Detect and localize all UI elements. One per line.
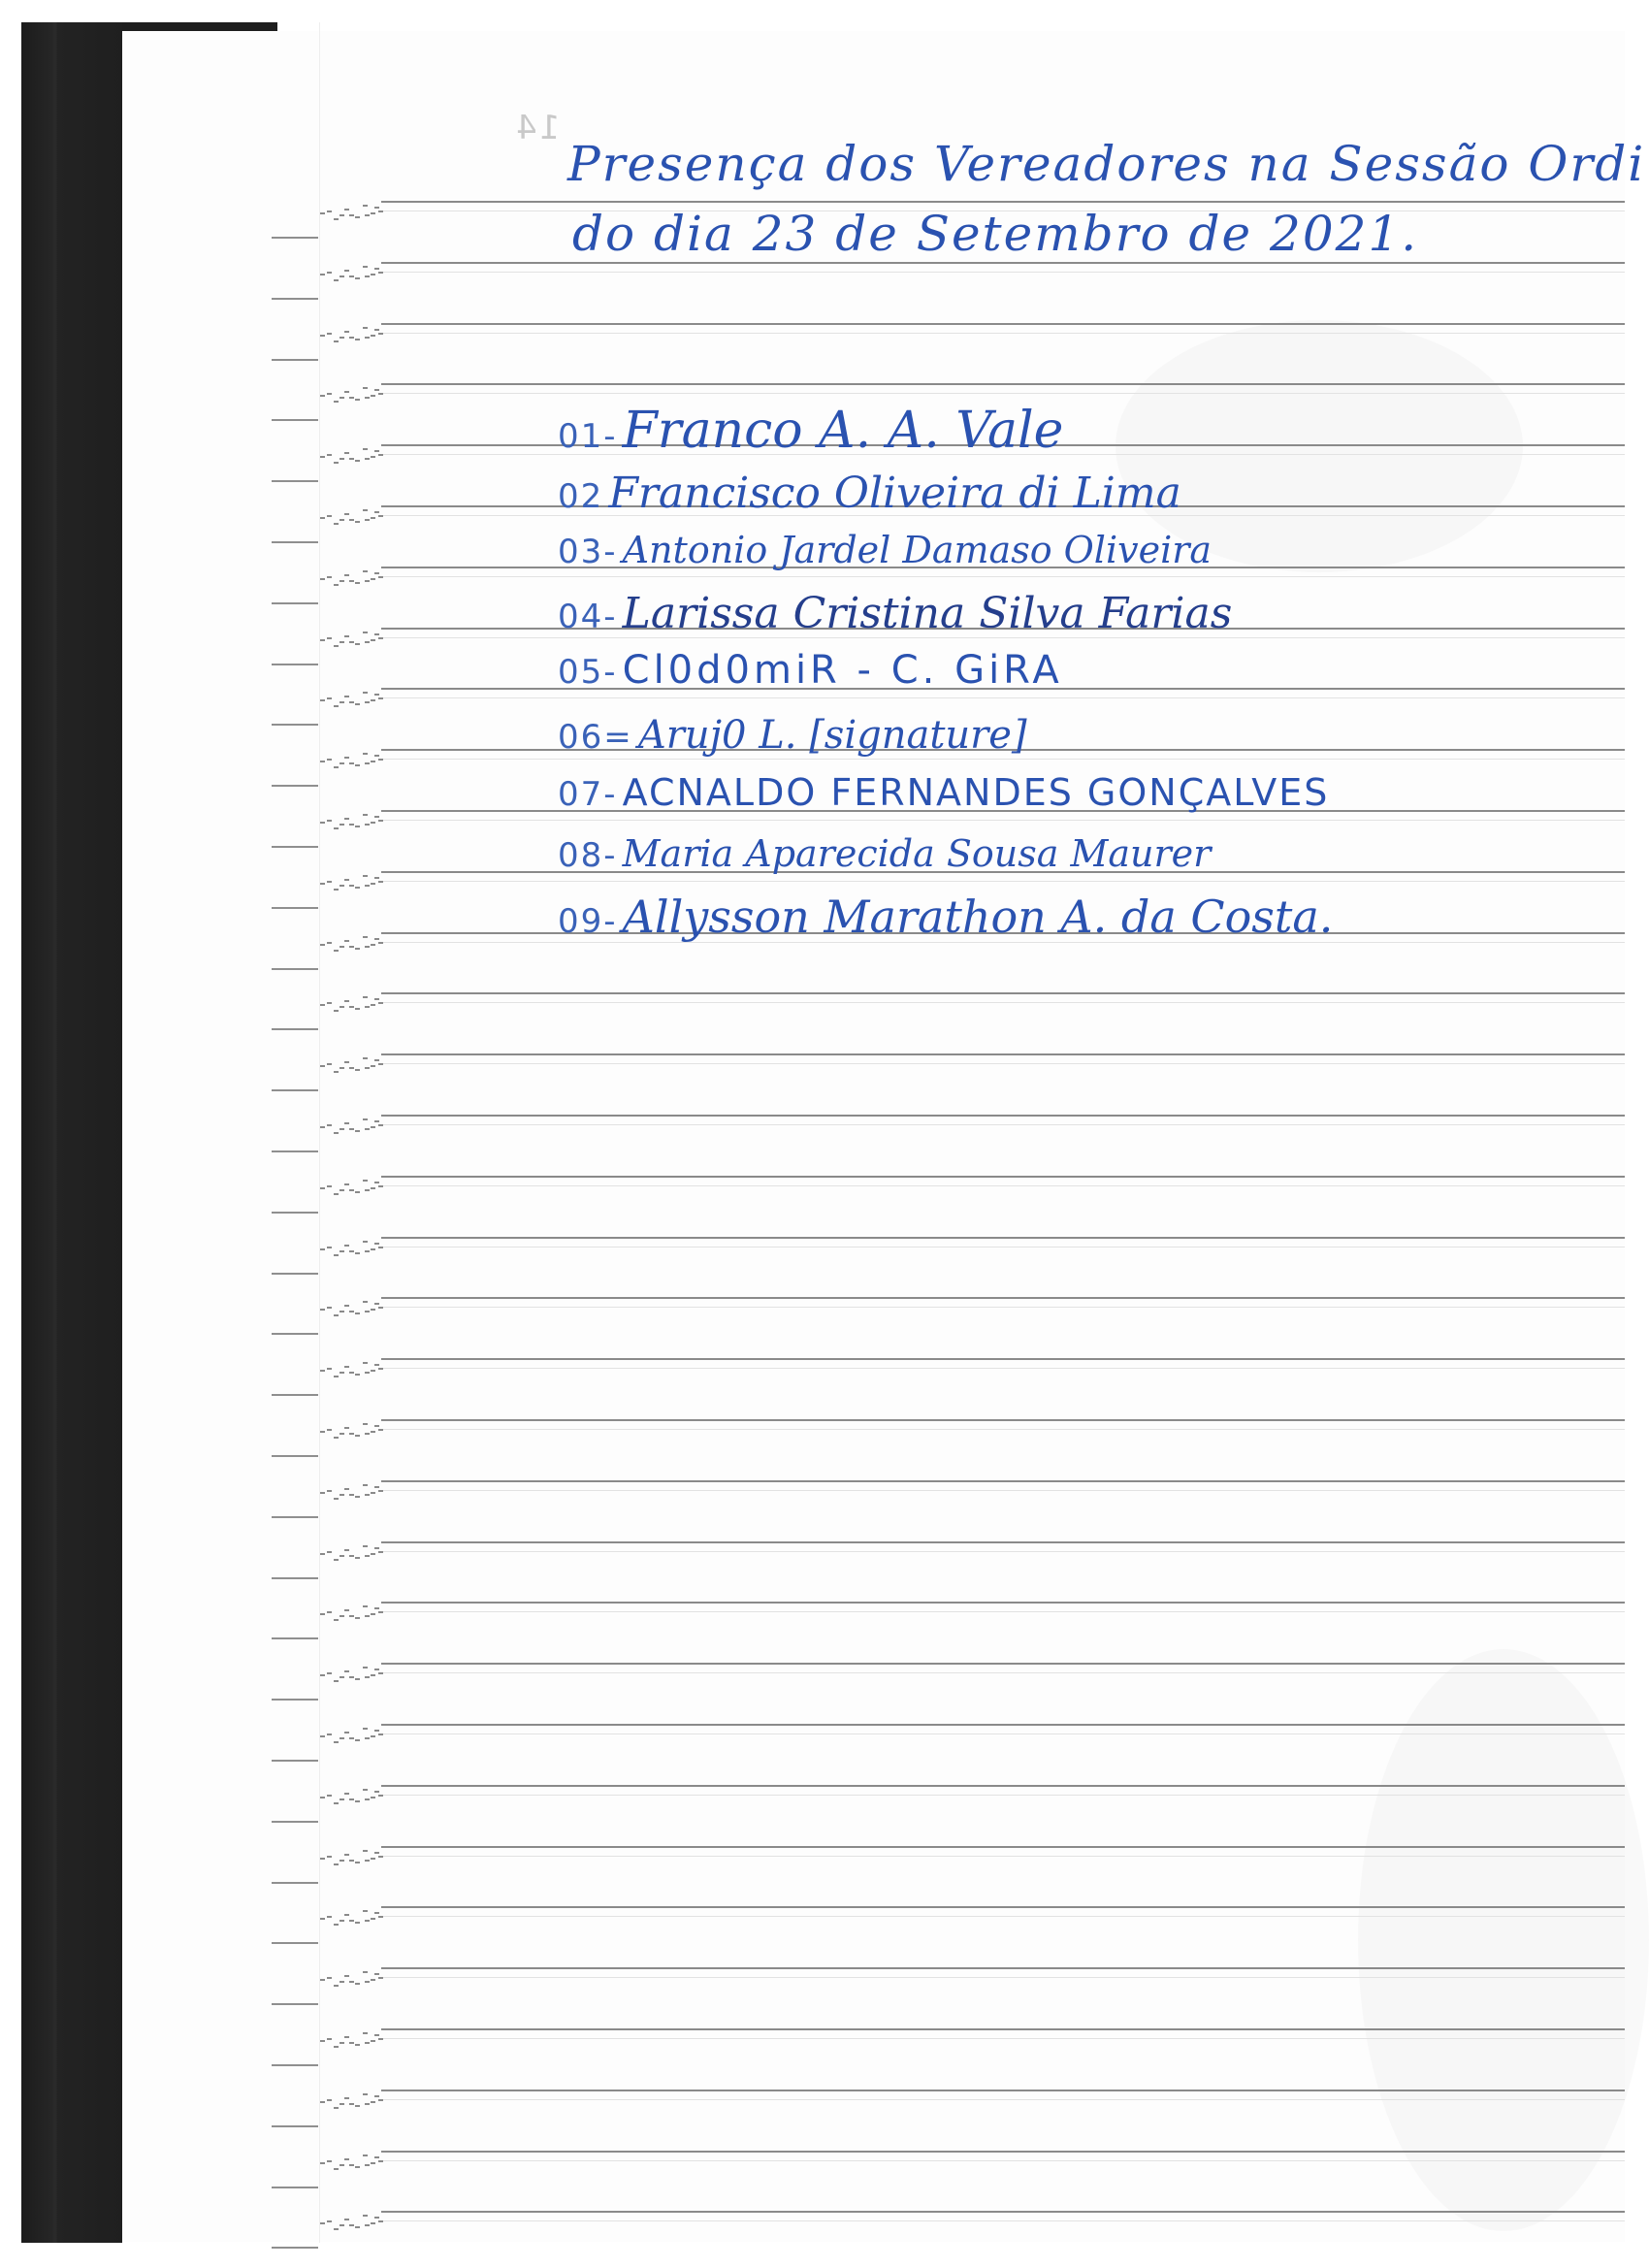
margin-dot-cluster bbox=[320, 1850, 382, 1869]
ruled-line bbox=[381, 1663, 1625, 1665]
margin-dash bbox=[272, 1028, 318, 1030]
entry-signature: Cl0d0miR - C. GiRA bbox=[623, 648, 1063, 693]
margin-dot-cluster bbox=[320, 1057, 382, 1077]
margin-dot-cluster bbox=[320, 1180, 382, 1199]
margin-dot-cluster bbox=[320, 936, 382, 956]
ruled-line-shadow bbox=[381, 2038, 1625, 2039]
ruled-line bbox=[381, 1480, 1625, 1482]
paper-stain bbox=[1358, 1649, 1649, 2231]
ruled-line-shadow bbox=[381, 1307, 1625, 1308]
ruled-line bbox=[381, 2211, 1625, 2213]
margin-dash bbox=[272, 907, 318, 909]
ruled-line-shadow bbox=[381, 1124, 1625, 1125]
entry-number: 07- bbox=[558, 775, 618, 814]
margin-dot-cluster bbox=[320, 1789, 382, 1808]
margin-dash bbox=[272, 1760, 318, 1762]
ruled-line-shadow bbox=[381, 1672, 1625, 1673]
ruled-line bbox=[381, 201, 1625, 203]
ruled-line-shadow bbox=[381, 1247, 1625, 1247]
margin-dash bbox=[272, 1455, 318, 1457]
entry-signature: Francisco Oliveira di Lima bbox=[608, 469, 1180, 518]
margin-dash bbox=[272, 1942, 318, 1944]
list-item: 02 Francisco Oliveira di Lima bbox=[558, 469, 1181, 518]
ruled-line-shadow bbox=[381, 1185, 1625, 1186]
margin-dash bbox=[272, 1333, 318, 1335]
ruled-line-shadow bbox=[381, 1733, 1625, 1734]
margin-dot-cluster bbox=[320, 1118, 382, 1138]
margin-dash bbox=[272, 1089, 318, 1091]
margin-dot-cluster bbox=[320, 1728, 382, 1747]
scanner-dark-border bbox=[21, 22, 122, 2243]
margin-dash bbox=[272, 1699, 318, 1701]
margin-dash bbox=[272, 2247, 318, 2249]
margin-dot-cluster bbox=[320, 2032, 382, 2052]
margin-dash bbox=[272, 298, 318, 300]
list-item: 03- Antonio Jardel Damaso Oliveira bbox=[558, 529, 1212, 571]
ruled-line-shadow bbox=[381, 1916, 1625, 1917]
margin-dot-cluster bbox=[320, 2155, 382, 2174]
list-item: 05- Cl0d0miR - C. GiRA bbox=[558, 648, 1063, 693]
margin-dash bbox=[272, 2003, 318, 2005]
margin-dot-cluster bbox=[320, 387, 382, 406]
margin-dot-cluster bbox=[320, 327, 382, 346]
margin-dot-cluster bbox=[320, 1545, 382, 1565]
list-item: 08- Maria Aparecida Sousa Maurer bbox=[558, 832, 1211, 875]
margin-dash bbox=[272, 359, 318, 361]
margin-dash bbox=[272, 1394, 318, 1396]
ruled-line-shadow bbox=[381, 2099, 1625, 2100]
margin-dot-cluster bbox=[320, 996, 382, 1016]
ruled-line-shadow bbox=[381, 393, 1625, 394]
ruled-line bbox=[381, 1176, 1625, 1178]
ruled-line bbox=[381, 2151, 1625, 2153]
list-item: 01- Franco A. A. Vale bbox=[558, 402, 1063, 460]
entry-number: 06= bbox=[558, 718, 633, 757]
entry-signature: Allysson Marathon A. da Costa. bbox=[623, 891, 1334, 943]
ruled-line-shadow bbox=[381, 1977, 1625, 1978]
margin-dot-cluster bbox=[320, 753, 382, 772]
ruled-line-shadow bbox=[381, 1002, 1625, 1003]
margin-dash bbox=[272, 1516, 318, 1518]
entry-number: 09- bbox=[558, 902, 618, 941]
ruled-line-shadow bbox=[381, 2160, 1625, 2161]
entry-signature: Maria Aparecida Sousa Maurer bbox=[623, 832, 1212, 875]
margin-dash bbox=[272, 602, 318, 604]
ruled-line bbox=[381, 1846, 1625, 1848]
margin-dot-cluster bbox=[320, 2093, 382, 2113]
margin-dot-cluster bbox=[320, 1301, 382, 1320]
margin-dot-cluster bbox=[320, 632, 382, 651]
ruled-line-shadow bbox=[381, 1063, 1625, 1064]
ruled-line-shadow bbox=[381, 1611, 1625, 1612]
margin-dash bbox=[272, 1212, 318, 1214]
entry-signature: Antonio Jardel Damaso Oliveira bbox=[623, 529, 1212, 571]
entry-number: 02 bbox=[558, 477, 603, 516]
ruled-line-shadow bbox=[381, 2220, 1625, 2221]
margin-dash bbox=[272, 2187, 318, 2188]
ruled-line bbox=[381, 323, 1625, 325]
ruled-line-shadow bbox=[381, 1856, 1625, 1857]
margin-dot-cluster bbox=[320, 814, 382, 833]
margin-dash bbox=[272, 2125, 318, 2127]
margin-dash bbox=[272, 785, 318, 787]
ruled-line bbox=[381, 1785, 1625, 1787]
margin-dash bbox=[272, 846, 318, 848]
margin-dot-cluster bbox=[320, 266, 382, 285]
margin-dash bbox=[272, 664, 318, 665]
margin-dash bbox=[272, 237, 318, 239]
margin-dot-cluster bbox=[320, 448, 382, 468]
list-item: 07- ACNALDO FERNANDES GONÇALVES bbox=[558, 771, 1329, 814]
margin-dot-cluster bbox=[320, 1362, 382, 1381]
entry-number: 01- bbox=[558, 417, 618, 456]
ruled-line-shadow bbox=[381, 1429, 1625, 1430]
ruled-line-shadow bbox=[381, 333, 1625, 334]
ruled-line bbox=[381, 383, 1625, 385]
ruled-line-shadow bbox=[381, 820, 1625, 821]
entry-signature: ACNALDO FERNANDES GONÇALVES bbox=[623, 771, 1330, 814]
list-item: 04- Larissa Cristina Silva Farias bbox=[558, 589, 1232, 638]
margin-dash bbox=[272, 480, 318, 482]
title-line-2: do dia 23 de Setembro de 2021. bbox=[572, 206, 1418, 262]
ruled-line-shadow bbox=[381, 576, 1625, 577]
list-item: 09- Allysson Marathon A. da Costa. bbox=[558, 891, 1333, 943]
ruled-line bbox=[381, 2090, 1625, 2091]
entry-number: 03- bbox=[558, 533, 618, 571]
title-line-1: Presença dos Vereadores na Sessão Ordi… bbox=[567, 136, 1649, 192]
margin-dot-cluster bbox=[320, 2215, 382, 2234]
margin-dot-cluster bbox=[320, 205, 382, 224]
margin-dash bbox=[272, 968, 318, 970]
ruled-line bbox=[381, 1541, 1625, 1543]
ruled-line bbox=[381, 1419, 1625, 1421]
margin-dash bbox=[272, 1637, 318, 1639]
ruled-line bbox=[381, 1906, 1625, 1908]
margin-dot-cluster bbox=[320, 1667, 382, 1686]
ruled-line-shadow bbox=[381, 881, 1625, 882]
margin-dot-cluster bbox=[320, 509, 382, 529]
entry-number: 08- bbox=[558, 836, 618, 875]
ruled-line bbox=[381, 1115, 1625, 1117]
margin-dot-cluster bbox=[320, 1605, 382, 1625]
margin-dot-cluster bbox=[320, 875, 382, 894]
margin-dash bbox=[272, 724, 318, 726]
margin-dash bbox=[272, 1882, 318, 1884]
margin-dot-cluster bbox=[320, 1910, 382, 1929]
margin-dash bbox=[272, 1577, 318, 1579]
ruled-line-shadow bbox=[381, 759, 1625, 760]
entry-signature: Franco A. A. Vale bbox=[623, 402, 1064, 460]
ruled-line bbox=[381, 1724, 1625, 1726]
entry-number: 05- bbox=[558, 653, 618, 692]
list-item: 06= Aruj0 L. [signature] bbox=[558, 713, 1027, 758]
margin-dash bbox=[272, 1821, 318, 1823]
margin-dash bbox=[272, 541, 318, 543]
ruled-line bbox=[381, 1237, 1625, 1239]
ruled-line-shadow bbox=[381, 697, 1625, 698]
ruled-line bbox=[381, 1967, 1625, 1969]
ruled-line bbox=[381, 1358, 1625, 1360]
ruled-line bbox=[381, 2028, 1625, 2030]
margin-dash bbox=[272, 419, 318, 421]
entry-signature: Larissa Cristina Silva Farias bbox=[623, 589, 1233, 638]
entry-signature: Aruj0 L. [signature] bbox=[638, 713, 1027, 758]
ruled-line bbox=[381, 1297, 1625, 1299]
ruled-line bbox=[381, 262, 1625, 264]
ruled-line bbox=[381, 1053, 1625, 1055]
margin-dot-cluster bbox=[320, 692, 382, 711]
margin-dash bbox=[272, 2064, 318, 2066]
margin-dot-cluster bbox=[320, 1484, 382, 1504]
ruled-line-shadow bbox=[381, 1368, 1625, 1369]
ruled-line bbox=[381, 992, 1625, 994]
margin-dot-cluster bbox=[320, 1971, 382, 1991]
ruled-line-shadow bbox=[381, 1490, 1625, 1491]
ruled-line bbox=[381, 1602, 1625, 1604]
page-number-bleedthrough: 14 bbox=[514, 109, 560, 147]
ruled-line-shadow bbox=[381, 272, 1625, 273]
margin-dot-cluster bbox=[320, 1241, 382, 1260]
entry-number: 04- bbox=[558, 598, 618, 636]
ruled-line-shadow bbox=[381, 1551, 1625, 1552]
scanner-dark-border-top bbox=[122, 22, 277, 31]
margin-dot-cluster bbox=[320, 570, 382, 590]
margin-dash bbox=[272, 1273, 318, 1275]
margin-dash bbox=[272, 1150, 318, 1152]
margin-dot-cluster bbox=[320, 1423, 382, 1442]
ruled-line-shadow bbox=[381, 1795, 1625, 1796]
